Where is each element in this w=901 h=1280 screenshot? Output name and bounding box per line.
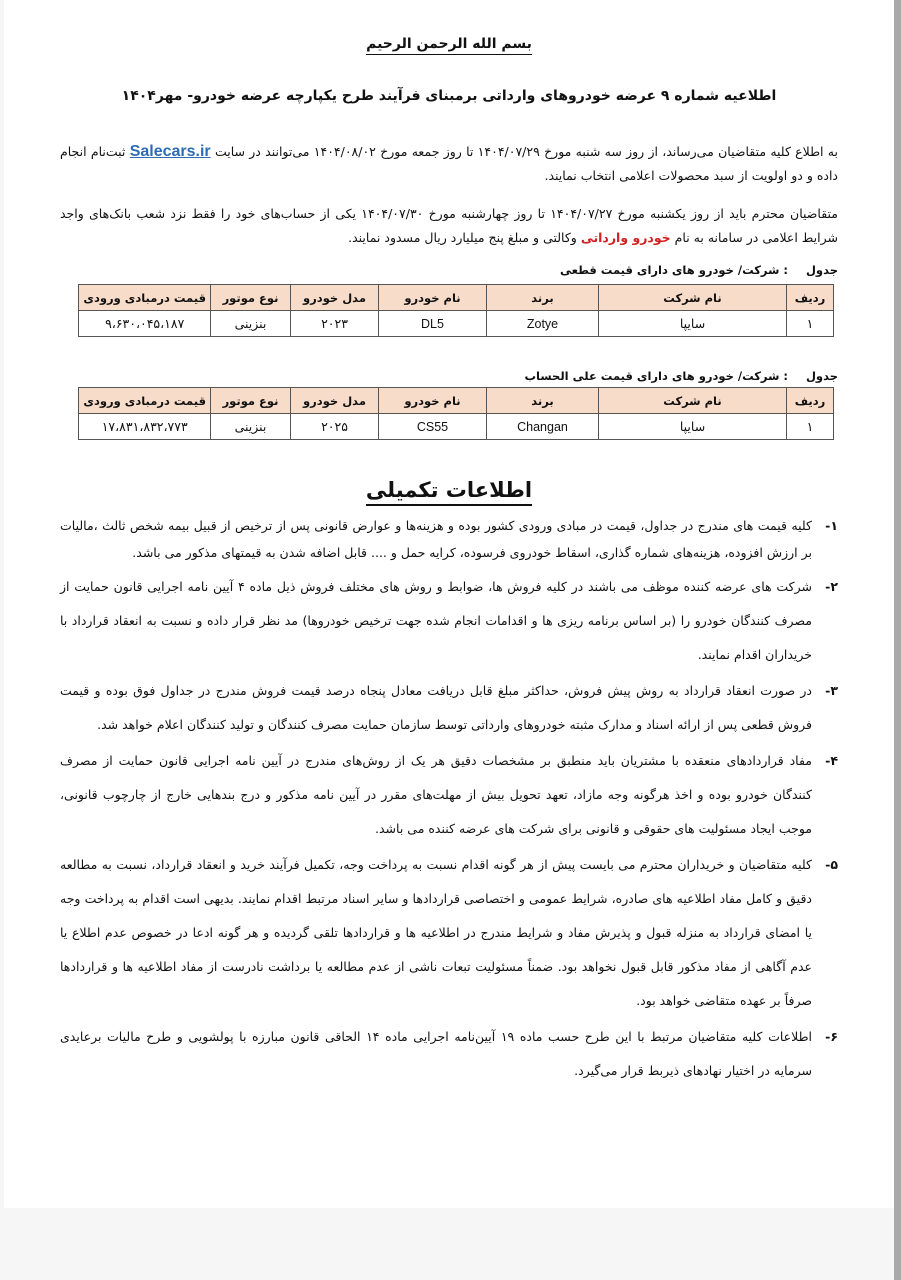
cell-brand: Changan bbox=[487, 414, 599, 440]
document-page: بسم الله الرحمن الرحیم اطلاعیه شماره ۹ ع… bbox=[4, 0, 894, 1208]
note-item-4: ۴- مفاد قراردادهای منعقده با مشتریان بای… bbox=[60, 744, 838, 846]
basmala-text: بسم الله الرحمن الرحیم bbox=[366, 36, 532, 55]
supplementary-heading-text: اطلاعات تکمیلی bbox=[366, 478, 532, 506]
note-text: اطلاعات کلیه متقاضیان مرتبط با این طرح ح… bbox=[60, 1020, 812, 1088]
provisional-price-table: ردیف نام شرکت برند نام خودرو مدل خودرو ن… bbox=[78, 387, 834, 440]
fixed-price-table: ردیف نام شرکت برند نام خودرو مدل خودرو ن… bbox=[78, 284, 834, 337]
note-item-5: ۵- کلیه متقاضیان و خریداران محترم می بای… bbox=[60, 848, 838, 1018]
header-company: نام شرکت bbox=[599, 388, 787, 414]
header-brand: برند bbox=[487, 285, 599, 311]
note-number: ۱- bbox=[812, 512, 838, 566]
intro-paragraph-deposit: متقاضیان محترم باید از روز یکشنبه مورخ ۱… bbox=[60, 202, 838, 250]
header-engine-type: نوع موتور bbox=[211, 285, 291, 311]
intro-text-2b: وکالتی و مبلغ پنج میلیارد ریال مسدود نما… bbox=[348, 230, 581, 245]
table-header-row: ردیف نام شرکت برند نام خودرو مدل خودرو ن… bbox=[79, 388, 834, 414]
cell-engine-type: بنزینی bbox=[211, 414, 291, 440]
note-text: مفاد قراردادهای منعقده با مشتریان باید م… bbox=[60, 744, 812, 846]
table-1-caption-label: جدول bbox=[788, 263, 838, 277]
cell-car-name: CS55 bbox=[379, 414, 487, 440]
table-1-caption-text: : شرکت/ خودرو های دارای قیمت قطعی bbox=[560, 263, 788, 277]
table-1-caption: جدول: شرکت/ خودرو های دارای قیمت قطعی bbox=[60, 263, 838, 277]
cell-entry-price: ۹،۶۳۰،۰۴۵،۱۸۷ bbox=[79, 311, 211, 337]
header-car-name: نام خودرو bbox=[379, 388, 487, 414]
intro-text-1a: به اطلاع کلیه متقاضیان می‌رساند، از روز … bbox=[211, 144, 838, 159]
salecars-link[interactable]: Salecars.ir bbox=[130, 143, 211, 160]
vertical-scrollbar[interactable] bbox=[894, 0, 901, 1280]
header-entry-price: قیمت درمبادی ورودی bbox=[79, 285, 211, 311]
table-2-caption-text: : شرکت/ خودرو های دارای قیمت علی الحساب bbox=[524, 369, 788, 383]
cell-car-model: ۲۰۲۳ bbox=[291, 311, 379, 337]
basmala-header: بسم الله الرحمن الرحیم bbox=[60, 36, 838, 52]
header-car-name: نام خودرو bbox=[379, 285, 487, 311]
note-number: ۵- bbox=[812, 848, 838, 1018]
cell-entry-price: ۱۷،۸۳۱،۸۳۲،۷۷۳ bbox=[79, 414, 211, 440]
cell-row-number: ۱ bbox=[787, 414, 834, 440]
cell-row-number: ۱ bbox=[787, 311, 834, 337]
note-number: ۳- bbox=[812, 674, 838, 742]
header-brand: برند bbox=[487, 388, 599, 414]
note-number: ۲- bbox=[812, 570, 838, 672]
cell-engine-type: بنزینی bbox=[211, 311, 291, 337]
header-car-model: مدل خودرو bbox=[291, 388, 379, 414]
table-row: ۱ سایپا Changan CS55 ۲۰۲۵ بنزینی ۱۷،۸۳۱،… bbox=[79, 414, 834, 440]
cell-company: سایپا bbox=[599, 311, 787, 337]
note-item-6: ۶- اطلاعات کلیه متقاضیان مرتبط با این طر… bbox=[60, 1020, 838, 1088]
header-company: نام شرکت bbox=[599, 285, 787, 311]
supplementary-notes-list: ۱- کلیه قیمت های مندرج در جداول، قیمت در… bbox=[60, 512, 838, 1088]
cell-company: سایپا bbox=[599, 414, 787, 440]
supplementary-heading: اطلاعات تکمیلی bbox=[60, 478, 838, 502]
note-item-2: ۲- شرکت های عرضه کننده موظف می باشند در … bbox=[60, 570, 838, 672]
note-number: ۶- bbox=[812, 1020, 838, 1088]
note-text: شرکت های عرضه کننده موظف می باشند در کلی… bbox=[60, 570, 812, 672]
announcement-title: اطلاعیه شماره ۹ عرضه خودروهای وارداتی بر… bbox=[60, 88, 838, 104]
header-row-number: ردیف bbox=[787, 388, 834, 414]
table-row: ۱ سایپا Zotye DL5 ۲۰۲۳ بنزینی ۹،۶۳۰،۰۴۵،… bbox=[79, 311, 834, 337]
note-item-1: ۱- کلیه قیمت های مندرج در جداول، قیمت در… bbox=[60, 512, 838, 566]
note-number: ۴- bbox=[812, 744, 838, 846]
highlight-imported-car: خودرو وارداتی bbox=[581, 230, 671, 245]
table-header-row: ردیف نام شرکت برند نام خودرو مدل خودرو ن… bbox=[79, 285, 834, 311]
cell-car-name: DL5 bbox=[379, 311, 487, 337]
header-entry-price: قیمت درمبادی ورودی bbox=[79, 388, 211, 414]
note-item-3: ۳- در صورت انعقاد قرارداد به روش پیش فرو… bbox=[60, 674, 838, 742]
cell-brand: Zotye bbox=[487, 311, 599, 337]
header-engine-type: نوع موتور bbox=[211, 388, 291, 414]
table-2-caption: جدول: شرکت/ خودرو های دارای قیمت علی الح… bbox=[60, 369, 838, 383]
table-2-caption-label: جدول bbox=[788, 369, 838, 383]
note-text: کلیه متقاضیان و خریداران محترم می بایست … bbox=[60, 848, 812, 1018]
header-row-number: ردیف bbox=[787, 285, 834, 311]
note-text: در صورت انعقاد قرارداد به روش پیش فروش، … bbox=[60, 674, 812, 742]
intro-paragraph-registration: به اطلاع کلیه متقاضیان می‌رساند، از روز … bbox=[60, 140, 838, 188]
header-car-model: مدل خودرو bbox=[291, 285, 379, 311]
note-text: کلیه قیمت های مندرج در جداول، قیمت در مب… bbox=[60, 512, 812, 566]
cell-car-model: ۲۰۲۵ bbox=[291, 414, 379, 440]
